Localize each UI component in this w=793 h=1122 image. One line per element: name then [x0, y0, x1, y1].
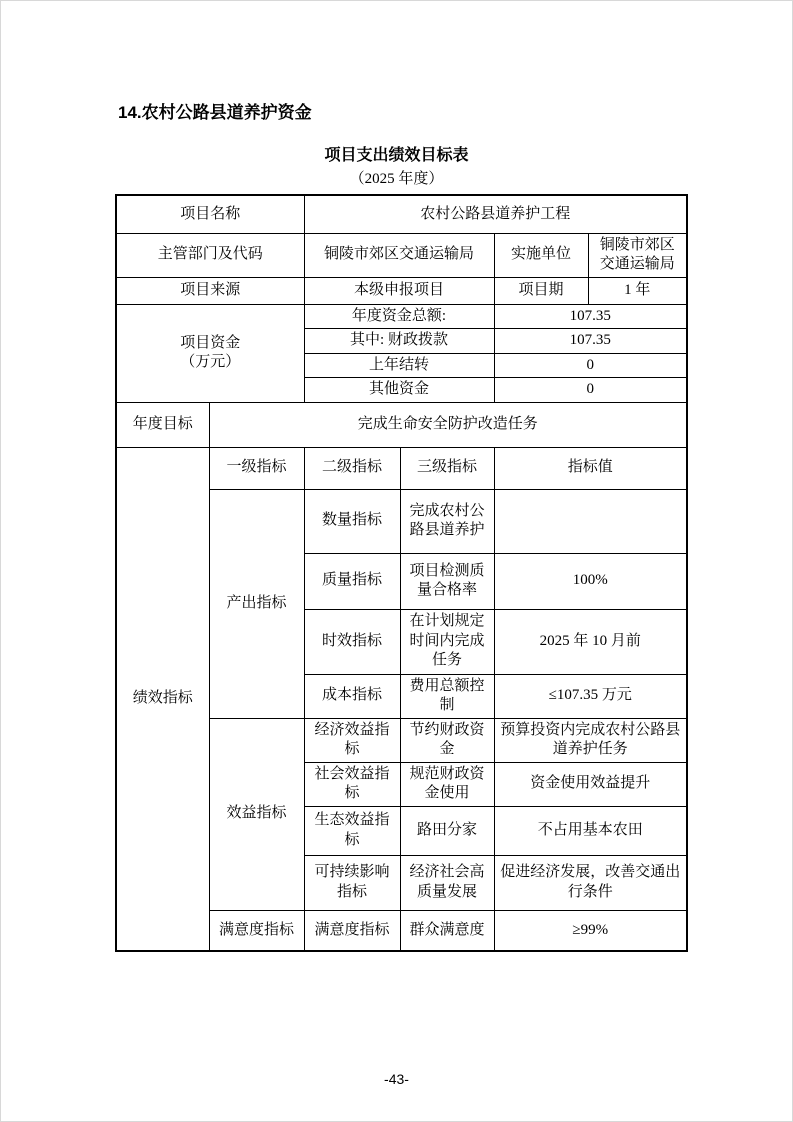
- cell-indicator-value: 2025 年 10 月前: [494, 609, 687, 674]
- cell-funds-fiscal-label: 其中: 财政拨款: [304, 329, 494, 354]
- table-title: 项目支出绩效目标表: [1, 142, 792, 165]
- cell-funds-label: 项目资金 （万元）: [116, 304, 304, 402]
- cell-group-satisfaction-label: 满意度指标: [209, 910, 304, 951]
- cell-period-label: 项目期: [494, 277, 588, 304]
- cell-level2: 时效指标: [304, 609, 400, 674]
- cell-funds-other-value: 0: [494, 378, 687, 403]
- table-row: 项目来源 本级申报项目 项目期 1 年: [116, 277, 687, 304]
- cell-indicator-value: 100%: [494, 553, 687, 609]
- cell-funds-fiscal-value: 107.35: [494, 329, 687, 354]
- cell-header-level2: 二级指标: [304, 447, 400, 489]
- table-row: 主管部门及代码 铜陵市郊区交通运输局 实施单位 铜陵市郊区交通运输局: [116, 233, 687, 277]
- cell-group-benefit-label: 效益指标: [209, 718, 304, 910]
- cell-project-name-label: 项目名称: [116, 195, 304, 233]
- page-number: -43-: [1, 1071, 792, 1087]
- cell-group-output-label: 产出指标: [209, 489, 304, 718]
- section-heading: 14.农村公路县道养护资金: [118, 98, 792, 123]
- cell-source-value: 本级申报项目: [304, 277, 494, 304]
- cell-funds-carryover-value: 0: [494, 353, 687, 378]
- cell-impl-unit-label: 实施单位: [494, 233, 588, 277]
- cell-annual-goal-label: 年度目标: [116, 402, 209, 447]
- cell-level3: 群众满意度: [400, 910, 494, 951]
- funds-label-line2: （万元）: [121, 353, 300, 373]
- cell-level3: 在计划规定时间内完成任务: [400, 609, 494, 674]
- funds-label-line1: 项目资金: [121, 334, 300, 354]
- cell-indicator-value: ≥99%: [494, 910, 687, 951]
- cell-dept-value: 铜陵市郊区交通运输局: [304, 233, 494, 277]
- cell-indicator-value: 促进经济发展，改善交通出行条件: [494, 855, 687, 910]
- cell-level3: 节约财政资金: [400, 718, 494, 762]
- cell-level3: 项目检测质量合格率: [400, 553, 494, 609]
- table-row: 项目名称 农村公路县道养护工程: [116, 195, 687, 233]
- cell-level3: 费用总额控制: [400, 674, 494, 718]
- cell-header-level3: 三级指标: [400, 447, 494, 489]
- cell-project-name-value: 农村公路县道养护工程: [304, 195, 687, 233]
- cell-level2: 生态效益指标: [304, 806, 400, 855]
- cell-funds-carryover-label: 上年结转: [304, 353, 494, 378]
- cell-level3: 规范财政资金使用: [400, 762, 494, 806]
- table-row: 项目资金 （万元） 年度资金总额: 107.35: [116, 304, 687, 329]
- cell-level2: 可持续影响指标: [304, 855, 400, 910]
- cell-indicator-value: 不占用基本农田: [494, 806, 687, 855]
- cell-funds-total-value: 107.35: [494, 304, 687, 329]
- cell-period-value: 1 年: [588, 277, 687, 304]
- table-subtitle: （2025 年度）: [1, 167, 792, 188]
- cell-header-level1: 一级指标: [209, 447, 304, 489]
- cell-level2: 社会效益指标: [304, 762, 400, 806]
- performance-target-table: 项目名称 农村公路县道养护工程 主管部门及代码 铜陵市郊区交通运输局 实施单位 …: [115, 194, 688, 952]
- cell-performance-label: 绩效指标: [116, 447, 209, 951]
- cell-indicator-value: 资金使用效益提升: [494, 762, 687, 806]
- cell-indicator-value: ≤107.35 万元: [494, 674, 687, 718]
- cell-level3: 经济社会高质量发展: [400, 855, 494, 910]
- cell-level3: 路田分家: [400, 806, 494, 855]
- cell-dept-label: 主管部门及代码: [116, 233, 304, 277]
- cell-indicator-value: [494, 489, 687, 553]
- cell-level2: 质量指标: [304, 553, 400, 609]
- table-row: 绩效指标 一级指标 二级指标 三级指标 指标值: [116, 447, 687, 489]
- document-page: 14.农村公路县道养护资金 项目支出绩效目标表 （2025 年度） 项目名称 农…: [0, 0, 793, 1122]
- cell-annual-goal-value: 完成生命安全防护改造任务: [209, 402, 687, 447]
- cell-indicator-value: 预算投资内完成农村公路县道养护任务: [494, 718, 687, 762]
- cell-header-value: 指标值: [494, 447, 687, 489]
- cell-funds-other-label: 其他资金: [304, 378, 494, 403]
- table-row: 年度目标 完成生命安全防护改造任务: [116, 402, 687, 447]
- cell-source-label: 项目来源: [116, 277, 304, 304]
- cell-level2: 满意度指标: [304, 910, 400, 951]
- cell-funds-total-label: 年度资金总额:: [304, 304, 494, 329]
- cell-level2: 成本指标: [304, 674, 400, 718]
- cell-level3: 完成农村公路县道养护: [400, 489, 494, 553]
- cell-level2: 数量指标: [304, 489, 400, 553]
- cell-impl-unit-value: 铜陵市郊区交通运输局: [588, 233, 687, 277]
- cell-level2: 经济效益指标: [304, 718, 400, 762]
